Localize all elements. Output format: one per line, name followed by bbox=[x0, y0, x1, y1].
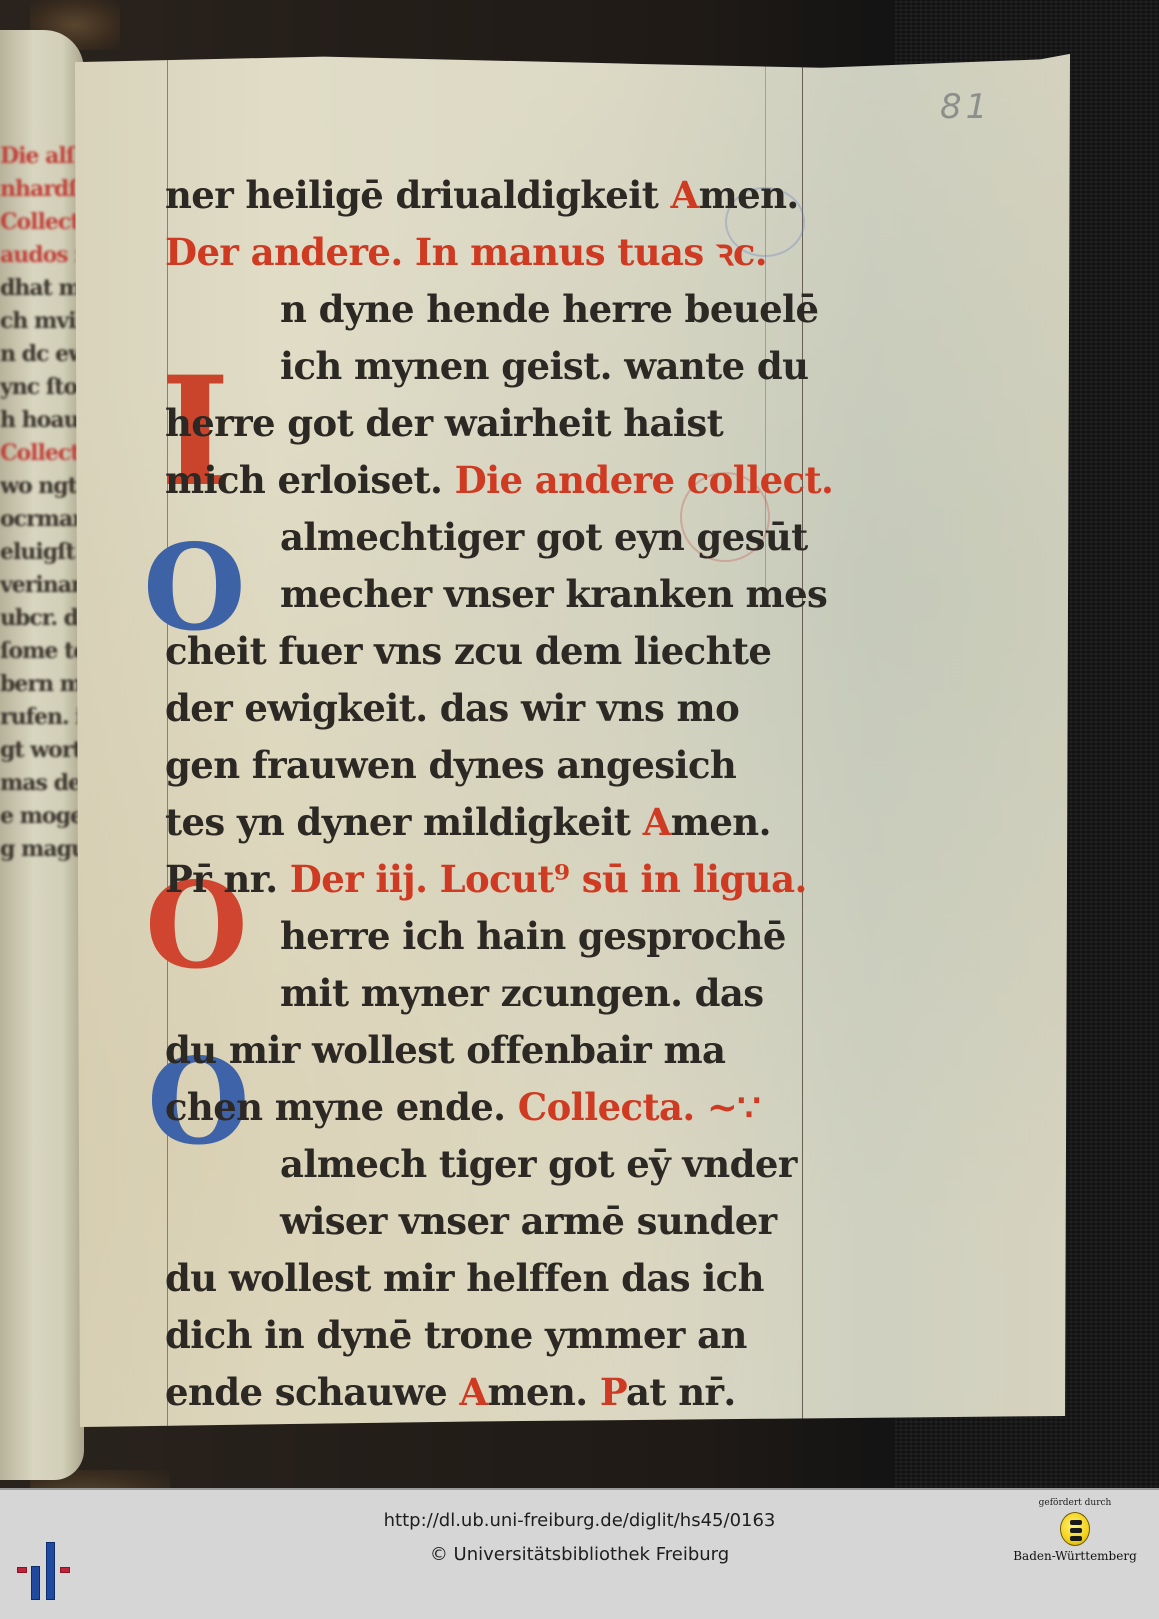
manuscript-line: cheit fuer vns zcu dem liechte bbox=[165, 623, 825, 680]
ink-text: Pr̄ nr. bbox=[165, 857, 290, 901]
manuscript-line: Der andere. In manus tuas ꝛc. bbox=[165, 224, 825, 281]
lions-crest-icon bbox=[1060, 1512, 1090, 1546]
footer-bar: http://dl.ub.uni-freiburg.de/diglit/hs45… bbox=[0, 1488, 1159, 1619]
folio-page: 81 I O O O ner heiligē driualdigkeit Ame… bbox=[75, 47, 1070, 1427]
facing-page-line: rufen. ir bbox=[0, 701, 80, 734]
ink-text: mecher vnser kranken mes bbox=[280, 572, 827, 616]
sponsor-name: Baden-Württemberg bbox=[1005, 1549, 1145, 1563]
text-lines: ner heiligē driualdigkeit Amen.Der ander… bbox=[165, 167, 825, 1421]
manuscript-line: herre ich hain gesprochē bbox=[165, 908, 825, 965]
facing-page-line: n dc ewigl bbox=[0, 338, 80, 371]
facing-page-text: Die alſnhardſCollectaaudos madhat myncch… bbox=[0, 140, 80, 866]
manuscript-line: almech tiger got eȳ vnder bbox=[165, 1136, 825, 1193]
ink-text: wiser vnser armē sunder bbox=[280, 1199, 777, 1243]
folio-number: 81 bbox=[940, 87, 991, 127]
ink-text: der ewigkeit. das wir vns mo bbox=[165, 686, 739, 730]
manuscript-line: wiser vnser armē sunder bbox=[165, 1193, 825, 1250]
manuscript-line: herre got der wairheit haist bbox=[165, 395, 825, 452]
facing-page: Die alſnhardſCollectaaudos madhat myncch… bbox=[0, 30, 84, 1480]
facing-page-line: h hoau n bbox=[0, 404, 80, 437]
ink-text: mich erloiset. bbox=[165, 458, 455, 502]
facing-page-line: ſome to bbox=[0, 635, 80, 668]
copyright-notice: © Universitätsbibliothek Freiburg bbox=[0, 1544, 1159, 1565]
ink-text: gen frauwen dynes angesich bbox=[165, 743, 736, 787]
facing-page-line: ubcr. das bbox=[0, 602, 80, 635]
manuscript-line: du mir wollest offenbair ma bbox=[165, 1022, 825, 1079]
rubric-text: Collecta. ~∵ bbox=[518, 1085, 760, 1129]
rubric-text: A bbox=[643, 800, 671, 844]
rubric-text: Die andere collect. bbox=[455, 458, 834, 502]
manuscript-scan: Die alſnhardſCollectaaudos madhat myncch… bbox=[0, 0, 1159, 1535]
ink-text: herre got der wairheit haist bbox=[165, 401, 723, 445]
rubric-text: A bbox=[670, 173, 698, 217]
facing-page-line: e mogeln bbox=[0, 800, 80, 833]
facing-page-line: audos ma bbox=[0, 239, 80, 272]
ink-text: chen myne ende. bbox=[165, 1085, 518, 1129]
facing-page-line: verinanſt bbox=[0, 569, 80, 602]
rubric-text: P bbox=[600, 1370, 626, 1414]
manuscript-line: chen myne ende. Collecta. ~∵ bbox=[165, 1079, 825, 1136]
ink-text: mit myner zcungen. das bbox=[280, 971, 764, 1015]
sponsor-label: gefördert durch bbox=[1005, 1498, 1145, 1508]
manuscript-line: mich erloiset. Die andere collect. bbox=[165, 452, 825, 509]
ink-text: dich in dynē trone ymmer an bbox=[165, 1313, 747, 1357]
ink-text: du wollest mir helffen das ich bbox=[165, 1256, 764, 1300]
manuscript-line: dich in dynē trone ymmer an bbox=[165, 1307, 825, 1364]
facing-page-line: Die alſ bbox=[0, 140, 80, 173]
rubric-text: A bbox=[459, 1370, 487, 1414]
facing-page-line: gt wort bbox=[0, 734, 80, 767]
ink-text: du mir wollest offenbair ma bbox=[165, 1028, 725, 1072]
ink-text: ner heiligē driualdigkeit bbox=[165, 173, 670, 217]
manuscript-line: Pr̄ nr. Der iij. Locut⁹ sū in ligua. bbox=[165, 851, 825, 908]
manuscript-line: der ewigkeit. das wir vns mo bbox=[165, 680, 825, 737]
facing-page-line: wo ngt we bbox=[0, 470, 80, 503]
manuscript-line: mit myner zcungen. das bbox=[165, 965, 825, 1022]
manuscript-text: I O O O ner heiligē driualdigkeit Amen.D… bbox=[165, 167, 825, 1421]
manuscript-line: n dyne hende herre beuelē bbox=[165, 281, 825, 338]
rubric-text: Der iij. Locut⁹ sū in ligua. bbox=[290, 857, 807, 901]
facing-page-line: ocrmanſt bbox=[0, 503, 80, 536]
ink-text: men. bbox=[671, 800, 771, 844]
ink-text: n dyne hende herre beuelē bbox=[280, 287, 818, 331]
facing-page-line: g magui bbox=[0, 833, 80, 866]
ink-text: ich mynen geist. wante du bbox=[280, 344, 808, 388]
manuscript-line: gen frauwen dynes angesich bbox=[165, 737, 825, 794]
facing-page-line: eluigſt no bbox=[0, 536, 80, 569]
manuscript-line: ich mynen geist. wante du bbox=[165, 338, 825, 395]
source-url[interactable]: http://dl.ub.uni-freiburg.de/diglit/hs45… bbox=[0, 1510, 1159, 1531]
sponsor-block: gefördert durch Baden-Württemberg bbox=[1005, 1498, 1145, 1563]
manuscript-line: ende schauwe Amen. Pat nr̄. bbox=[165, 1364, 825, 1421]
manuscript-line: almechtiger got eyn gesūt bbox=[165, 509, 825, 566]
facing-page-line: dhat mync bbox=[0, 272, 80, 305]
ink-text: cheit fuer vns zcu dem liechte bbox=[165, 629, 771, 673]
manuscript-line: du wollest mir helffen das ich bbox=[165, 1250, 825, 1307]
manuscript-line: mecher vnser kranken mes bbox=[165, 566, 825, 623]
rubric-text: Der andere. In manus tuas ꝛc. bbox=[165, 230, 767, 274]
facing-page-line: Collecta bbox=[0, 437, 80, 470]
facing-page-line: nhardſ bbox=[0, 173, 80, 206]
manuscript-line: ner heiligē driualdigkeit Amen. bbox=[165, 167, 825, 224]
ink-text: at nr̄. bbox=[626, 1370, 736, 1414]
facing-page-line: bern maga bbox=[0, 668, 80, 701]
facing-page-line: ync ſtold bbox=[0, 371, 80, 404]
ink-text: almechtiger got eyn gesūt bbox=[280, 515, 808, 559]
facing-page-line: mas des bbox=[0, 767, 80, 800]
manuscript-line: tes yn dyner mildigkeit Amen. bbox=[165, 794, 825, 851]
ink-text: men. bbox=[699, 173, 799, 217]
facing-page-line: Collecta bbox=[0, 206, 80, 239]
ink-text: men. bbox=[487, 1370, 599, 1414]
ink-text: tes yn dyner mildigkeit bbox=[165, 800, 643, 844]
facing-page-line: ch mvilt bbox=[0, 305, 80, 338]
ink-text: almech tiger got eȳ vnder bbox=[280, 1142, 797, 1186]
ink-text: ende schauwe bbox=[165, 1370, 459, 1414]
ink-text: herre ich hain gesprochē bbox=[280, 914, 786, 958]
